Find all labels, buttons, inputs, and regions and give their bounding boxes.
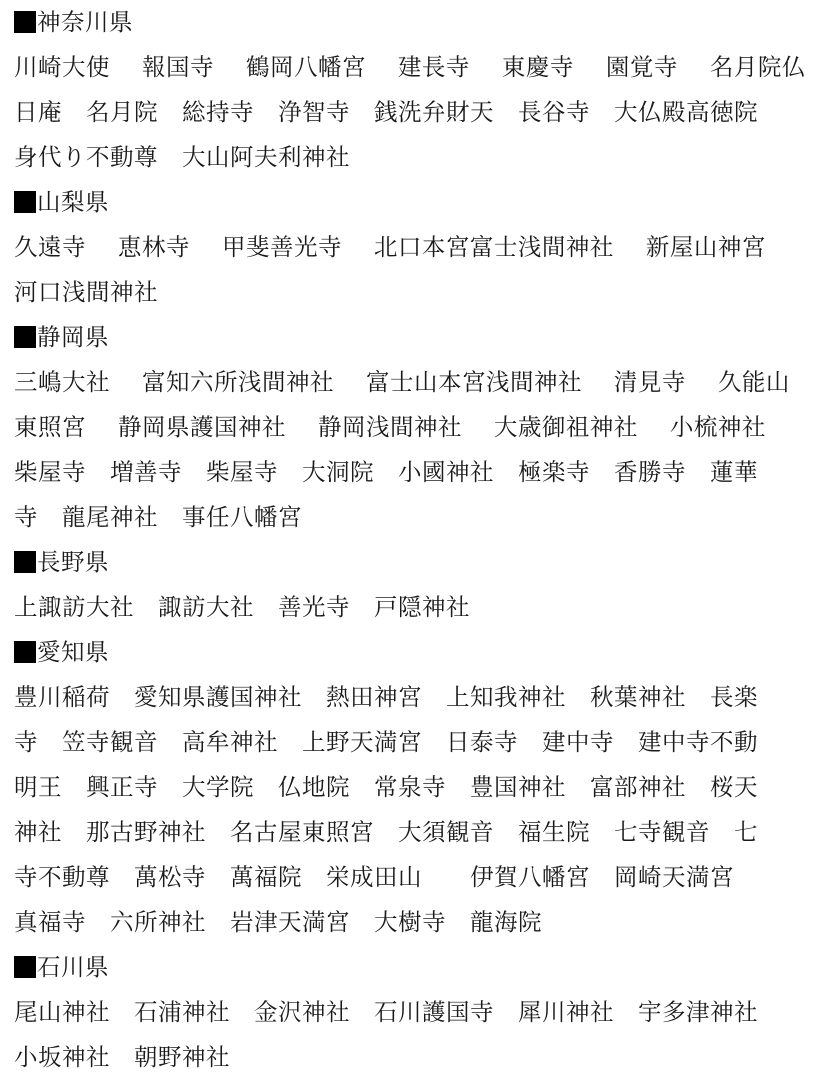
place-list-line: 明王 興正寺 大学院 仏地院 常泉寺 豊国神社 富部神社 桜天 [14, 765, 831, 810]
place-list-line: 久遠寺 恵林寺 甲斐善光寺 北口本宮富士浅間神社 新屋山神宮 [14, 225, 831, 270]
prefecture-heading: 石川県 [14, 945, 831, 990]
place-list-line: 上諏訪大社 諏訪大社 善光寺 戸隠神社 [14, 585, 831, 630]
place-list-line: 尾山神社 石浦神社 金沢神社 石川護国寺 犀川神社 宇多津神社 [14, 990, 831, 1035]
black-square-bullet-icon [14, 191, 36, 213]
place-list-line: 神社 那古野神社 名古屋東照宮 大須観音 福生院 七寺観音 七 [14, 810, 831, 855]
prefecture-heading: 静岡県 [14, 315, 831, 360]
place-list-line: 寺 龍尾神社 事任八幡宮 [14, 495, 831, 540]
black-square-bullet-icon [14, 641, 36, 663]
place-list-line: 寺 笠寺観音 高牟神社 上野天満宮 日泰寺 建中寺 建中寺不動 [14, 720, 831, 765]
prefecture-heading: 長野県 [14, 540, 831, 585]
place-list-line: 身代り不動尊 大山阿夫利神社 [14, 135, 831, 180]
prefecture-name: 山梨県 [37, 188, 109, 216]
prefecture-name: 神奈川県 [37, 8, 133, 36]
place-list-line: 小坂神社 朝野神社 [14, 1035, 831, 1080]
prefecture-name: 石川県 [37, 953, 109, 981]
black-square-bullet-icon [14, 326, 36, 348]
prefecture-name: 愛知県 [37, 638, 109, 666]
prefecture-heading: 神奈川県 [14, 0, 831, 45]
place-list-line: 三嶋大社 富知六所浅間神社 富士山本宮浅間神社 清見寺 久能山 [14, 360, 831, 405]
place-list-line: 東照宮 静岡県護国神社 静岡浅間神社 大歳御祖神社 小梳神社 [14, 405, 831, 450]
prefecture-name: 長野県 [37, 548, 109, 576]
black-square-bullet-icon [14, 956, 36, 978]
prefecture-name: 静岡県 [37, 323, 109, 351]
prefecture-heading: 愛知県 [14, 630, 831, 675]
place-list-line: 川崎大使 報国寺 鶴岡八幡宮 建長寺 東慶寺 園覚寺 名月院仏 [14, 45, 831, 90]
shrine-temple-list: 神奈川県川崎大使 報国寺 鶴岡八幡宮 建長寺 東慶寺 園覚寺 名月院仏日庵 名月… [0, 0, 831, 1080]
place-list-line: 真福寺 六所神社 岩津天満宮 大樹寺 龍海院 [14, 900, 831, 945]
place-list-line: 河口浅間神社 [14, 270, 831, 315]
place-list-line: 日庵 名月院 総持寺 浄智寺 銭洗弁財天 長谷寺 大仏殿高徳院 [14, 90, 831, 135]
prefecture-heading: 山梨県 [14, 180, 831, 225]
black-square-bullet-icon [14, 551, 36, 573]
place-list-line: 寺不動尊 萬松寺 萬福院 栄成田山 伊賀八幡宮 岡崎天満宮 [14, 855, 831, 900]
black-square-bullet-icon [14, 11, 36, 33]
place-list-line: 豊川稲荷 愛知県護国神社 熱田神宮 上知我神社 秋葉神社 長楽 [14, 675, 831, 720]
place-list-line: 柴屋寺 増善寺 柴屋寺 大洞院 小國神社 極楽寺 香勝寺 蓮華 [14, 450, 831, 495]
